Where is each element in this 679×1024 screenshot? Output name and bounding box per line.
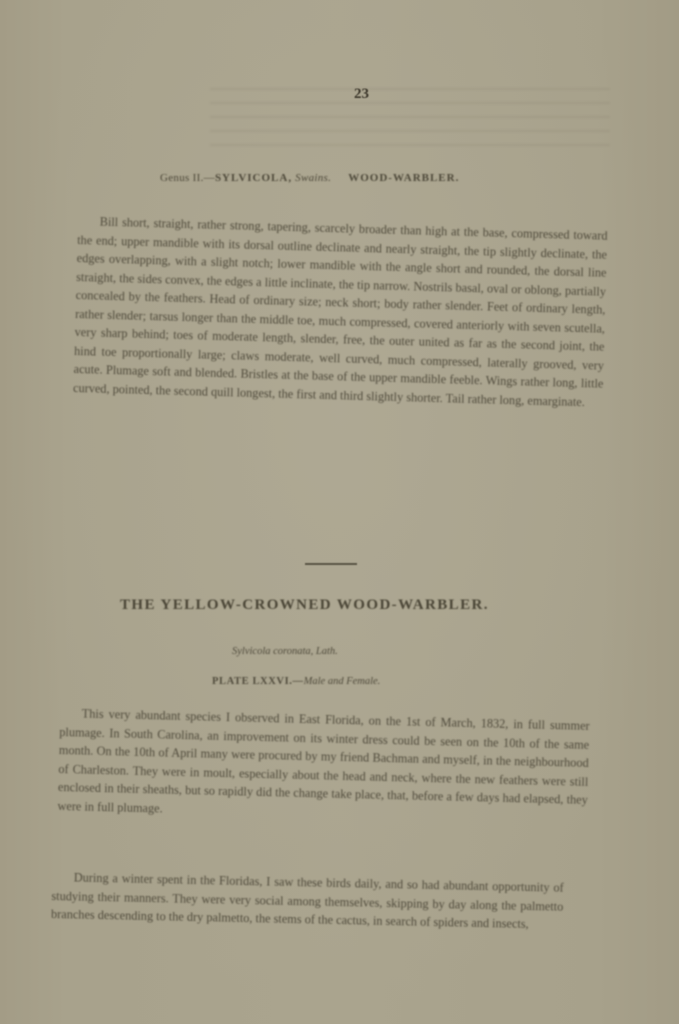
latin-name: Sylvicola coronata, Lath.	[232, 646, 338, 657]
bleed-through-text	[210, 88, 610, 148]
genus-common-name: WOOD-WARBLER.	[348, 172, 459, 184]
body-paragraph-2-text: During a winter spent in the Floridas, I…	[51, 870, 564, 931]
plate-caption: Male and Female.	[304, 676, 381, 687]
plate-label: PLATE LXXVI.—	[212, 676, 304, 687]
page-number: 23	[354, 86, 369, 103]
genus-description: Bill short, straight, rather strong, tap…	[73, 212, 608, 412]
genus-prefix: Genus II.—	[160, 172, 215, 184]
genus-heading: Genus II.—SYLVICOLA, Swains. WOOD-WARBLE…	[160, 172, 560, 184]
body-paragraph-1: This very abundant species I observed in…	[57, 704, 590, 828]
body-paragraph-2: During a winter spent in the Floridas, I…	[51, 868, 564, 934]
section-divider	[305, 563, 357, 565]
genus-name: SYLVICOLA,	[215, 172, 292, 184]
genus-description-text: Bill short, straight, rather strong, tap…	[73, 215, 608, 409]
species-title: THE YELLOW-CROWNED WOOD-WARBLER.	[120, 597, 540, 614]
latin-binomial: Sylvicola coronata,	[232, 646, 313, 657]
latin-author: Lath.	[316, 646, 338, 657]
genus-author: Swains.	[295, 172, 331, 184]
scanned-page: 23 Genus II.—SYLVICOLA, Swains. WOOD-WAR…	[0, 0, 679, 1024]
body-paragraph-1-text: This very abundant species I observed in…	[57, 707, 589, 816]
plate-reference: PLATE LXXVI.—Male and Female.	[212, 676, 380, 687]
